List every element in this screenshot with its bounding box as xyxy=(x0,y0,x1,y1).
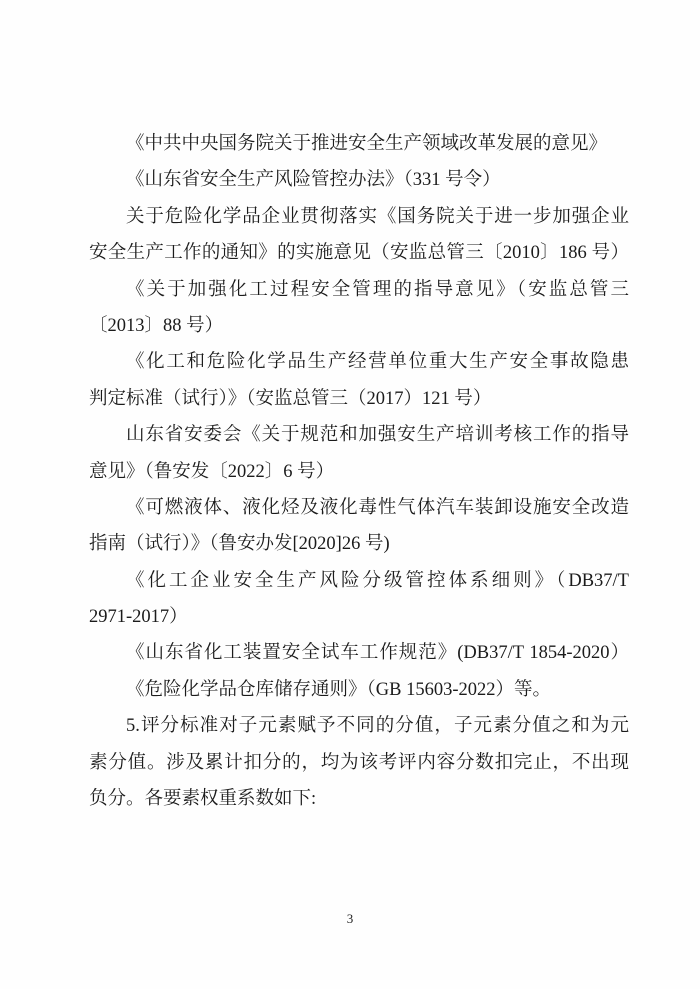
text-line: 负分。各要素权重系数如下: xyxy=(89,781,629,817)
text-line: 2971-2017） xyxy=(89,599,629,635)
text-line: 《可燃液体、液化烃及液化毒性气体汽车装卸设施安全改造 xyxy=(89,490,629,526)
text-line: 《中共中央国务院关于推进安全生产领域改革发展的意见》 xyxy=(89,126,629,162)
text-line: 《山东省化工装置安全试车工作规范》(DB37/T 1854-2020） xyxy=(89,635,629,671)
text-line: 《危险化学品仓库储存通则》（GB 15603-2022）等。 xyxy=(89,672,629,708)
text-line: 指南（试行）》（鲁安办发[2020]26 号) xyxy=(89,526,629,562)
text-block: 《中共中央国务院关于推进安全生产领域改革发展的意见》《山东省安全生产风险管控办法… xyxy=(89,126,629,817)
text-line: 5.评分标准对子元素赋予不同的分值，子元素分值之和为元 xyxy=(89,708,629,744)
text-line: 素分值。涉及累计扣分的，均为该考评内容分数扣完止，不出现 xyxy=(89,745,629,781)
page-number: 3 xyxy=(0,910,700,928)
text-line: 安全生产工作的通知》的实施意见（安监总管三〔2010〕186 号） xyxy=(89,235,629,271)
text-line: 《化工企业安全生产风险分级管控体系细则》（DB37/T xyxy=(89,563,629,599)
text-line: 关于危险化学品企业贯彻落实《国务院关于进一步加强企业 xyxy=(89,199,629,235)
text-line: 《关于加强化工过程安全管理的指导意见》（安监总管三 xyxy=(89,272,629,308)
text-line: 山东省安委会《关于规范和加强安生产培训考核工作的指导 xyxy=(89,417,629,453)
text-line: 《山东省安全生产风险管控办法》（331 号令） xyxy=(89,162,629,198)
text-line: 《化工和危险化学品生产经营单位重大生产安全事故隐患 xyxy=(89,344,629,380)
text-line: 〔2013〕88 号） xyxy=(89,308,629,344)
text-line: 意见》（鲁安发〔2022〕6 号） xyxy=(89,454,629,490)
text-line: 判定标准（试行）》（安监总管三（2017）121 号） xyxy=(89,381,629,417)
document-page: 《中共中央国务院关于推进安全生产领域改革发展的意见》《山东省安全生产风险管控办法… xyxy=(0,0,700,989)
